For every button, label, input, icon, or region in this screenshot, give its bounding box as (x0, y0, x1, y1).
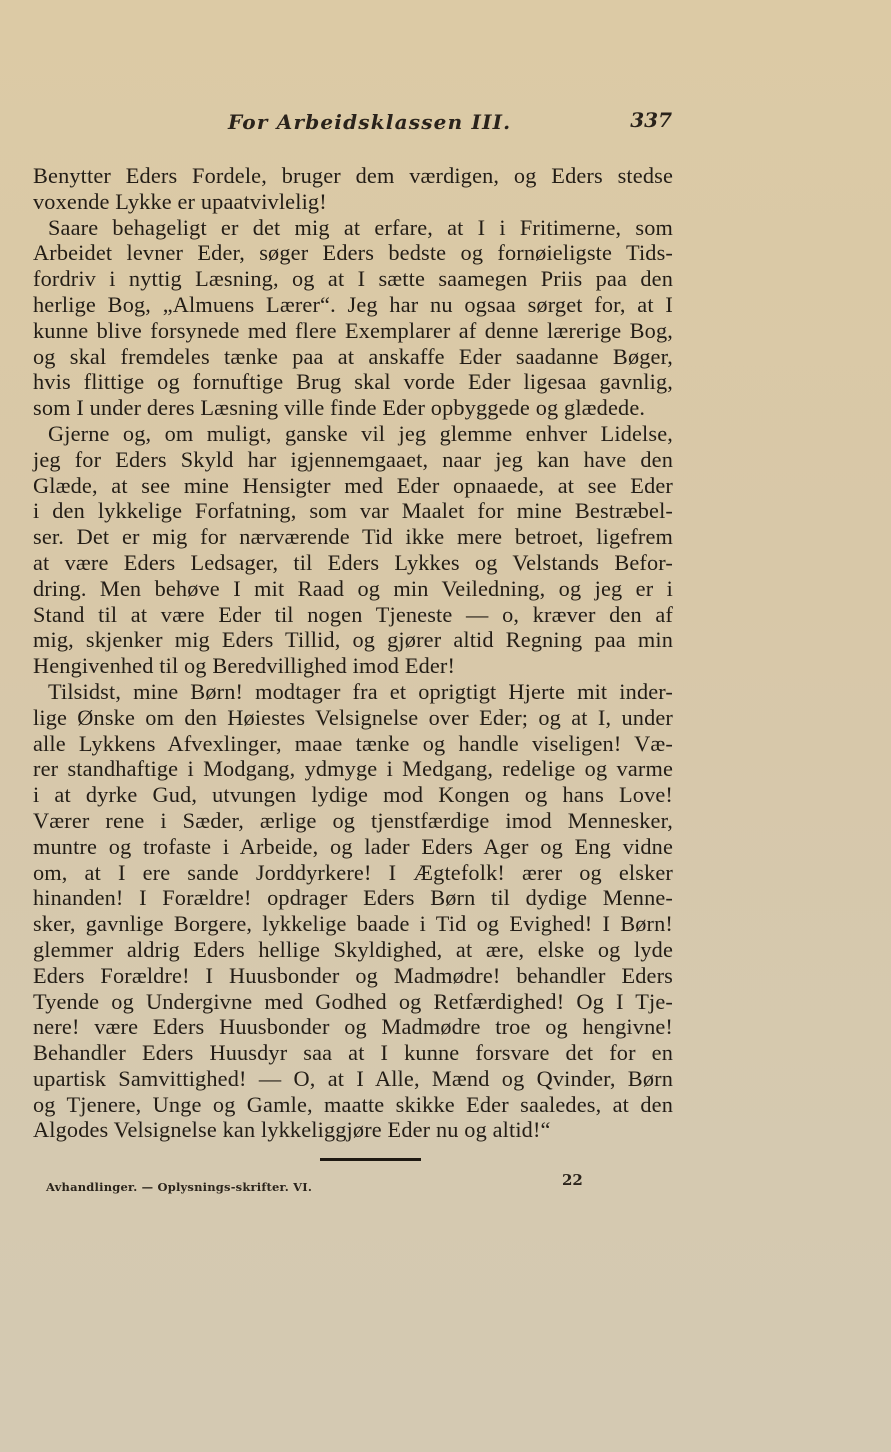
body-text: Benytter Eders Fordele, bruger dem værdi… (33, 163, 673, 1143)
text-line: glemmer aldrig Eders hellige Skyldighed,… (33, 937, 673, 963)
text-line: upartisk Samvittighed! — O, at I Alle, M… (33, 1066, 673, 1092)
end-rule (320, 1158, 421, 1161)
text-line: fordriv i nyttig Læsning, og at I sætte … (33, 266, 673, 292)
text-line: at være Eders Ledsager, til Eders Lykkes… (33, 550, 673, 576)
text-line: rer standhaftige i Modgang, ydmyge i Med… (33, 756, 673, 782)
text-line: herlige Bog, „Almuens Lærer“. Jeg har nu… (33, 292, 673, 318)
text-line: Eders Forældre! I Huusbonder og Madmødre… (33, 963, 673, 989)
text-line: om, at I ere sande Jorddyrkere! I Ægtefo… (33, 860, 673, 886)
text-line: hvis flittige og fornuftige Brug skal vo… (33, 369, 673, 395)
text-line: Gjerne og, om muligt, ganske vil jeg gle… (33, 421, 673, 447)
text-line: alle Lykkens Afvexlinger, maae tænke og … (33, 731, 673, 757)
running-title: For Arbeidsklassen III. (228, 110, 511, 134)
text-line: som I under deres Læsning ville finde Ed… (33, 395, 673, 421)
text-line: jeg for Eders Skyld har igjennemgaaet, n… (33, 447, 673, 473)
footer-sheet-number: 22 (562, 1171, 583, 1189)
text-line: hinanden! I Forældre! opdrager Eders Bør… (33, 885, 673, 911)
text-line: lige Ønske om den Høiestes Velsignelse o… (33, 705, 673, 731)
text-line: i at dyrke Gud, utvungen lydige mod Kong… (33, 782, 673, 808)
text-line: Tyende og Undergivne med Godhed og Retfæ… (33, 989, 673, 1015)
text-line: nere! være Eders Huusbonder og Madmødre … (33, 1014, 673, 1040)
text-line: mig, skjenker mig Eders Tillid, og gjøre… (33, 627, 673, 653)
text-line: Benytter Eders Fordele, bruger dem værdi… (33, 163, 673, 189)
text-line: kunne blive forsynede med flere Exemplar… (33, 318, 673, 344)
text-line: muntre og trofaste i Arbeide, og lader E… (33, 834, 673, 860)
footer-signature: Avhandlinger. — Oplysnings-skrifter. VI. (46, 1180, 312, 1194)
text-line: Behandler Eders Huusdyr saa at I kunne f… (33, 1040, 673, 1066)
page-number: 337 (630, 108, 672, 132)
text-line: voxende Lykke er upaatvivlelig! (33, 189, 673, 215)
text-line: Saare behageligt er det mig at erfare, a… (33, 215, 673, 241)
text-line: dring. Men behøve I mit Raad og min Veil… (33, 576, 673, 602)
text-line: Arbeidet levner Eder, søger Eders bedste… (33, 240, 673, 266)
text-line: sker, gavnlige Borgere, lykkelige baade … (33, 911, 673, 937)
text-line: og Tjenere, Unge og Gamle, maatte skikke… (33, 1092, 673, 1118)
text-line: i den lykkelige Forfatning, som var Maal… (33, 498, 673, 524)
text-line: Glæde, at see mine Hensigter med Eder op… (33, 473, 673, 499)
text-line: og skal fremdeles tænke paa at anskaffe … (33, 344, 673, 370)
text-line: ser. Det er mig for nærværende Tid ikke … (33, 524, 673, 550)
text-line: Stand til at være Eder til nogen Tjenest… (33, 602, 673, 628)
text-line: Tilsidst, mine Børn! modtager fra et opr… (33, 679, 673, 705)
running-head: For Arbeidsklassen III. 337 (228, 110, 678, 142)
book-page: For Arbeidsklassen III. 337 Benytter Ede… (0, 0, 891, 1452)
text-line: Værer rene i Sæder, ærlige og tjenstfærd… (33, 808, 673, 834)
text-line: Hengivenhed til og Beredvillighed imod E… (33, 653, 673, 679)
text-line: Algodes Velsignelse kan lykkeliggjøre Ed… (33, 1117, 673, 1143)
